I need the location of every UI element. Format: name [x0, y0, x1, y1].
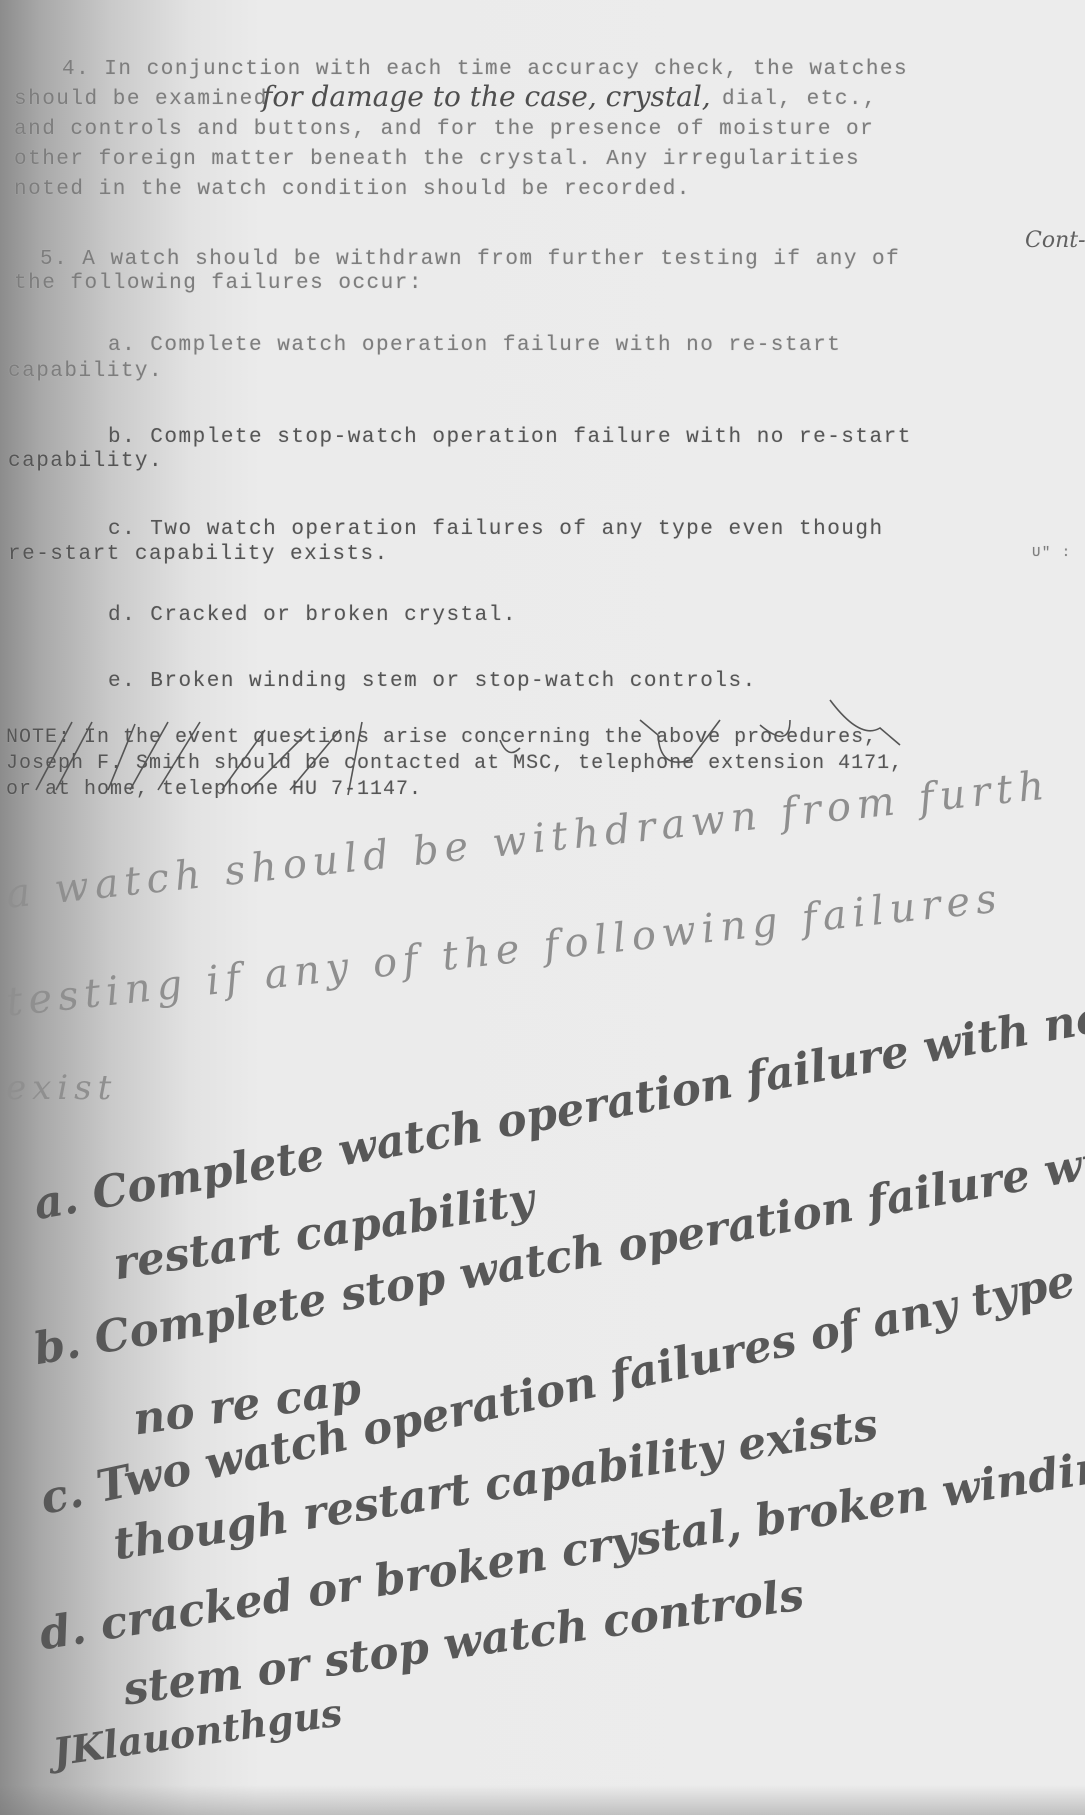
para5-line1: 5. A watch should be withdrawn from furt…: [40, 248, 900, 271]
typed-item-b-line2: capability.: [8, 450, 163, 473]
typed-item-c-line1: c. Two watch operation failures of any t…: [108, 518, 884, 541]
note-line2: Joseph F. Smith should be contacted at M…: [6, 752, 903, 775]
margin-note-cont: Cont-r: [1025, 228, 1085, 253]
para5-line2: the following failures occur:: [14, 272, 423, 295]
para4-line2-start: should be examined: [14, 88, 268, 111]
para4-line3: and controls and buttons, and for the pr…: [14, 118, 874, 141]
margin-note-small: U" :: [1032, 545, 1072, 561]
typed-item-c-line2: re-start capability exists.: [8, 543, 389, 566]
typed-item-e: e. Broken winding stem or stop-watch con…: [108, 670, 757, 693]
para4-line5: noted in the watch condition should be r…: [14, 178, 691, 201]
scanned-document-page: 4. In conjunction with each time accurac…: [0, 0, 1085, 1815]
note-line1: NOTE: In the event questions arise conce…: [6, 726, 877, 749]
para4-line2-end: dial, etc.,: [722, 88, 877, 111]
typed-item-d: d. Cracked or broken crystal.: [108, 604, 517, 627]
para4-line1: 4. In conjunction with each time accurac…: [62, 58, 908, 81]
typed-item-b-line1: b. Complete stop-watch operation failure…: [108, 426, 912, 449]
typed-item-a-line2: capability.: [8, 360, 163, 383]
handwritten-faint-line3: exist: [6, 1068, 117, 1108]
para4-handwritten-insert: for damage to the case, crystal,: [262, 80, 711, 113]
typed-item-a-line1: a. Complete watch operation failure with…: [108, 334, 841, 357]
para4-line4: other foreign matter beneath the crystal…: [14, 148, 860, 171]
note-line3: or at home, telephone HU 7-1147.: [6, 778, 422, 801]
scan-bottom-shadow: [0, 1785, 1085, 1815]
